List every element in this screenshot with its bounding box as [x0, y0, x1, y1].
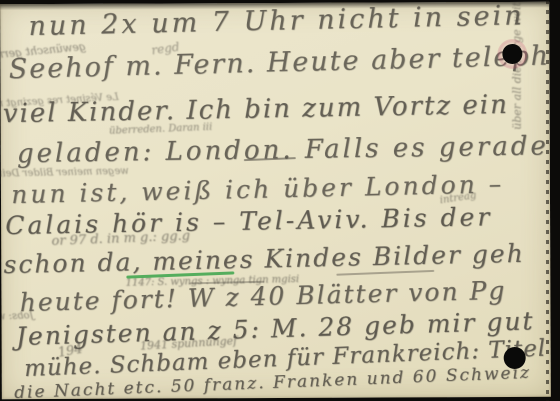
handwriting-line: Seehof m. Fern. Heute aber teleph [8, 40, 550, 85]
scan-background: nun 2x um 7 Uhr nicht in seinSeehof m. F… [0, 0, 560, 401]
punch-hole [502, 44, 522, 64]
handwriting-line: nun 2x um 7 Uhr nicht in sein [28, 2, 525, 42]
paper: nun 2x um 7 Uhr nicht in seinSeehof m. F… [0, 2, 551, 399]
handwriting-line: geladen: London. Falls es gerade [17, 131, 549, 169]
punch-hole [504, 347, 526, 369]
perforated-edge [546, 0, 549, 401]
